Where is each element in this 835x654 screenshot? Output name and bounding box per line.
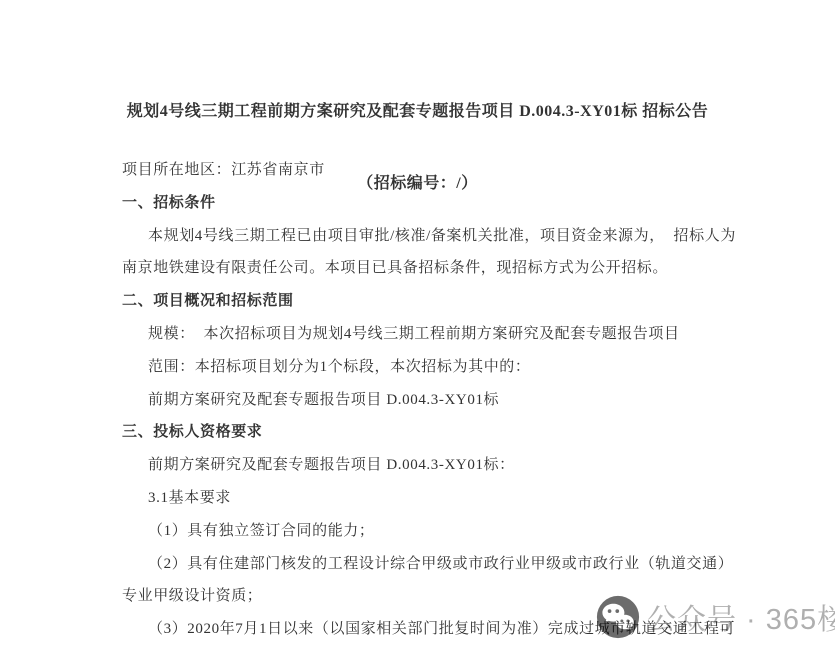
requirement-item-1: （1）具有独立签订合同的能力；: [122, 515, 835, 548]
section-2-heading: 二、项目概况和招标范围: [122, 285, 835, 318]
document-body: 项目所在地区：江苏省南京市 一、招标条件 本规划4号线三期工程已由项目审批/核准…: [122, 154, 835, 646]
section-1-heading: 一、招标条件: [122, 187, 835, 220]
scale-line: 规模： 本次招标项目为规划4号线三期工程前期方案研究及配套专题报告项目: [122, 318, 835, 351]
requirement-item-2b: 专业甲级设计资质；: [122, 580, 835, 613]
location-line: 项目所在地区：江苏省南京市: [122, 154, 835, 187]
section-1-paragraph-a: 本规划4号线三期工程已由项目审批/核准/备案机关批准，项目资金来源为， 招标人为: [122, 220, 835, 253]
scope-line: 范围：本招标项目划分为1个标段，本次招标为其中的：: [122, 351, 835, 384]
basic-requirements: 3.1基本要求: [122, 482, 835, 515]
bid-section-line: 前期方案研究及配套专题报告项目 D.004.3-XY01标: [122, 384, 835, 417]
qualification-intro: 前期方案研究及配套专题报告项目 D.004.3-XY01标：: [122, 449, 835, 482]
document-page: 规划4号线三期工程前期方案研究及配套专题报告项目 D.004.3-XY01标 招…: [0, 0, 835, 654]
section-3-heading: 三、投标人资格要求: [122, 416, 835, 449]
section-1-paragraph-b: 南京地铁建设有限责任公司。本项目已具备招标条件，现招标方式为公开招标。: [122, 252, 835, 285]
requirement-item-3: （3）2020年7月1日以来（以国家相关部门批复时间为准）完成过城市轨道交通工程…: [122, 613, 835, 646]
document-title: 规划4号线三期工程前期方案研究及配套专题报告项目 D.004.3-XY01标 招…: [0, 100, 835, 124]
requirement-item-2a: （2）具有住建部门核发的工程设计综合甲级或市政行业甲级或市政行业（轨道交通）: [122, 548, 835, 581]
